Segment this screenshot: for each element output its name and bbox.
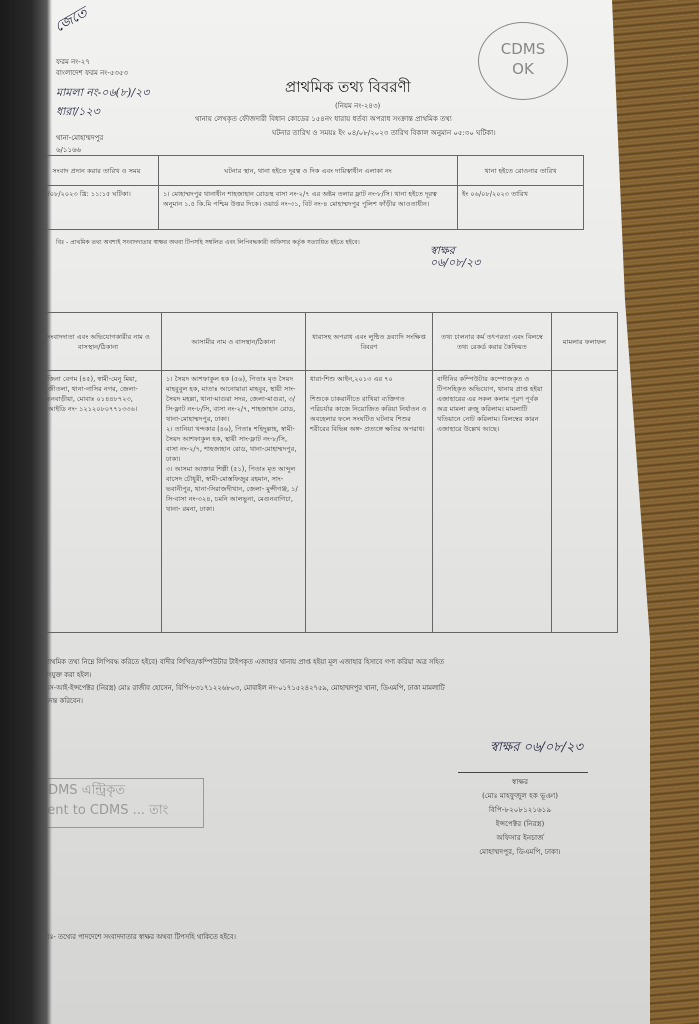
footer-line-1: প্রাথমিক তথ্য নিম্নে লিপিবদ্ধ করিতে হইবে… [44,657,444,667]
handwritten-note-top: জেতে [50,1,92,39]
header-incident-location: ঘটনার স্থান, থানা হইতে দূরত্ব ও দিক এবং … [159,156,458,186]
fir-document-page: জেতে ফরম নং-২৭ বাংলাদেশ ফরম নং-৫৩৫৩ মামল… [0,0,650,1024]
informant-cell: রোজিনা বেগম (৪৫), স্বামী-মেনু মিয়া, -কা… [35,371,162,633]
officer-station: মোহাম্মদপুর, ডিএমপি, ঢাকা। [430,845,610,859]
subtitle: থানায় লেখকৃত ফৌজদারী বিধান কোডের ১৫৪নং … [195,114,452,124]
accused-cell: ১। সৈয়দ আশফাকুল হক (৫৬), পিতাঃ মৃত সৈয়… [162,371,306,633]
accused-2: ২। তানিয়া খন্দকার (৪৬), পিতাঃ শহিদুল্লা… [166,424,301,464]
offense-description: শিশুকে চাকরানীতে রাখিয়া ব্যক্তিগত পরিচর… [310,394,428,434]
page-title: প্রাথমিক তথ্য বিবরণী [285,76,411,101]
offense-section: ধারা-শিশু আইন,২০১৩ এর ৭০ [310,374,428,384]
incident-datetime: ঘটনার তারিখ ও সময়ঃ ইং ০৪/০৮/২০২৩ তারিখ … [272,128,496,138]
case-result-cell [552,371,618,633]
incident-table: সংবাদ প্রদান করার তারিখ ও সময় ঘটনার স্থ… [34,155,584,230]
offense-cell: ধারা-শিশু আইন,২০১৩ এর ৭০ শিশুকে চাকরানীত… [306,371,433,633]
accused-1: ১। সৈয়দ আশফাকুল হক (৫৬), পিতাঃ মৃত সৈয়… [166,374,301,424]
officer-rank: ইন্সপেক্টর (নিরস্ত্র) [430,817,610,831]
departure-date-cell: ইং ০৬/০৮/২০২৩ তারিখ [458,186,584,230]
action-taken-cell: বাদীনির কম্পিউটার কম্পোজকৃত ও টিপসহিকৃত … [433,371,552,633]
header-informant: সংবাদদাতা এবং অভিযোগকারীর নাম ও বাসস্থান… [35,313,162,371]
note-footer: বিঃ- তথ্যের পাদদেশে সংবাদদাতার স্বাক্ষর … [44,932,236,942]
header-departure-date: থানা হইতে রোওনার তারিখ [458,156,584,186]
cdms-ok-stamp: CDMS OK [478,22,568,100]
case-details-table: সংবাদদাতা এবং অভিযোগকারীর নাম ও বাসস্থান… [34,312,618,633]
thana-name: থানা-মোহাম্মদপুর [56,133,103,143]
handwritten-case-number: মামলা নং-০৬(৮)/২৩ [56,84,149,103]
officer-signature-block: স্বাক্ষর (মোঃ মাহফুজুল হক ভূঞা) বিপি-৮২০… [430,775,610,859]
cdms-entry-stamp: CDMS এন্ট্রিকৃত Sent to CDMS ... তাং [32,778,204,828]
header-case-result: মামলার ফলাফল [552,313,618,371]
header-offense: ধারাসহ অপরাধ এবং লুন্ঠিত দ্রব্যাদি সংক্ষ… [306,313,433,371]
officer-role: অফিসার ইনচার্জ [430,831,610,845]
note-signature-requirement: বিঃ - প্রাথমিক তথ্য অবশ্যই সংবাদদাতার স্… [56,238,360,248]
footer-line-3: এস-আই-ইন্সপেক্টর (নিরস্ত্র) মোঃ রাজীব হো… [44,683,445,693]
handwritten-section: ধারা/১২৩ [56,103,100,122]
thana-code: ৬/১১৬৬ [56,145,81,155]
binder-clip-shadow [0,0,52,1024]
handwritten-signature-2: স্বাক্ষর ০৬/০৮/২৩ [490,738,583,759]
accused-3: ৩। আসমা আক্তার শিল্পী (৫১), পিতাঃ মৃত আব… [166,464,301,514]
form-number: ফরম নং-২৭ [56,57,90,67]
signature-label: স্বাক্ষর [430,775,610,789]
officer-name: (মোঃ মাহফুজুল হক ভূঞা) [430,789,610,803]
report-datetime-cell: ০৬/০৮/২০২৩ খ্রি: ১১:১৫ ঘটিকা। [35,186,159,230]
print-form-number: বাংলাদেশ ফরম নং-৫৩৫৩ [56,68,128,78]
handwritten-signature-1: স্বাক্ষর ০৬/০৮/২৩ [430,245,490,269]
officer-bp-number: বিপি-৮২০৮১২১৬১৯ [430,803,610,817]
rule-number: (নিয়ম নং-২৪৩) [335,101,380,111]
header-accused: আসামীর নাম ও বাসস্থান/ঠিকানা [162,313,306,371]
header-report-date: সংবাদ প্রদান করার তারিখ ও সময় [35,156,159,186]
incident-location-cell: ১। মোহাম্মদপুর থানাধীন শাহজাহান রোডস্থ ব… [159,186,458,230]
header-action-taken: তথ্য চালনার কর্ম তৎপরতা এবং বিলম্বে তথ্য… [433,313,552,371]
signature-line [458,772,588,773]
